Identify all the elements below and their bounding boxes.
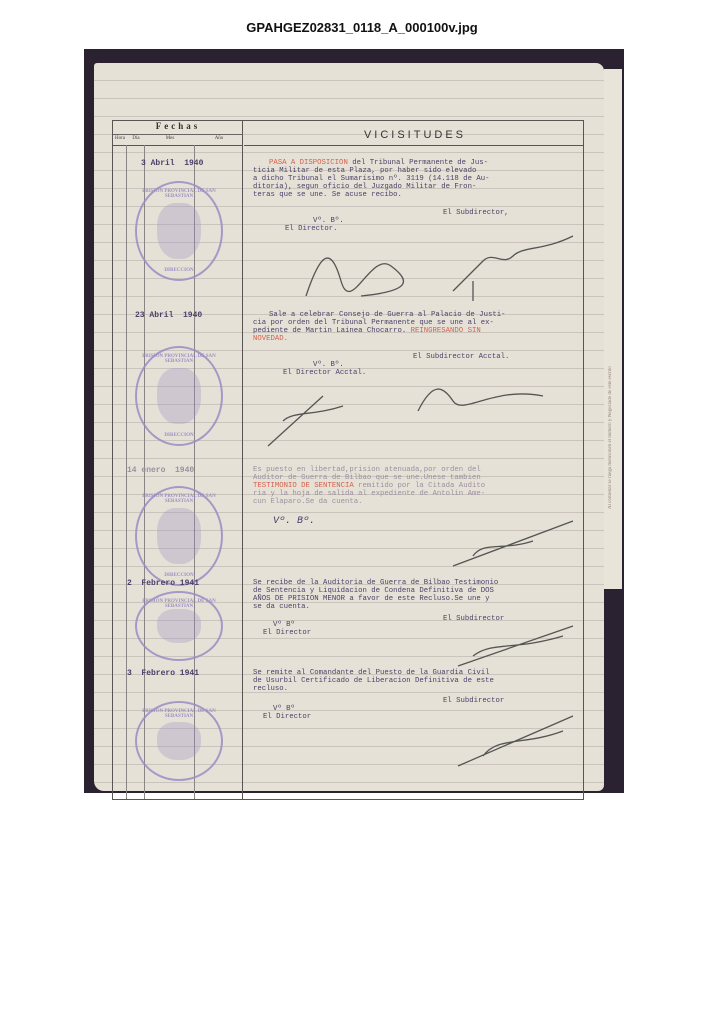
vicisitudes-table: Fechas Hora Día Mes Año VICISITUDES 3 Ab… <box>112 120 584 800</box>
entry-date: 2 Febrero 1941 <box>127 579 199 588</box>
director-label: El Director. <box>285 225 338 233</box>
body-text: Es puesto en libertad,prision atenuada,p… <box>253 466 481 482</box>
entry-text: Sale a celebrar Consejo de Guerra al Pal… <box>253 311 573 343</box>
vicisitudes-header: VICISITUDES <box>245 129 585 141</box>
stamp-text: PRISIÓN PROVINCIAL DE SAN SEBASTIAN <box>137 354 221 364</box>
fechas-header: Fechas <box>113 121 243 135</box>
director-signature-1 <box>301 241 421 306</box>
subdirector-label: El Subdirector Acctal. <box>413 353 509 361</box>
subdirector-label: El Subdirector <box>443 697 504 705</box>
file-title: GPAHGEZ02831_0118_A_000100v.jpg <box>0 20 724 35</box>
entry-text: PASA A DISPOSICION del Tribunal Permanen… <box>253 159 573 199</box>
prison-stamp-4: PRISIÓN PROVINCIAL DE SAN SEBASTIAN <box>135 591 223 661</box>
prison-stamp-3: PRISIÓN PROVINCIAL DE SAN SEBASTIAN DIRE… <box>135 486 223 586</box>
hora-column <box>113 145 127 799</box>
entry-text: Se recibe de la Auditoria de Guerra de B… <box>253 579 573 611</box>
coat-of-arms-icon <box>157 722 201 760</box>
entry-text: Se remite al Comandante del Puesto de la… <box>253 669 573 693</box>
director-label: El Director <box>263 629 311 637</box>
director-label: El Director Acctal. <box>283 369 366 377</box>
coat-of-arms-icon <box>157 203 201 259</box>
vb-label: Vº. Bº. <box>313 217 344 225</box>
entry-date: 3 Febrero 1941 <box>127 669 199 678</box>
stamp-text: PRISIÓN PROVINCIAL DE SAN SEBASTIAN <box>137 709 221 719</box>
coat-of-arms-icon <box>157 368 201 424</box>
vb-label: Vº. Bº. <box>273 516 315 527</box>
coat-of-arms-icon <box>157 508 201 564</box>
highlight-text: TESTIMONIO DE SENTENCIA <box>253 482 354 490</box>
stamp-subtext: DIRECCION <box>137 433 221 438</box>
subdirector-signature-3 <box>443 516 583 581</box>
subdirector-label: El Subdirector, <box>443 209 509 217</box>
subdirector-signature-5 <box>453 711 583 776</box>
entry-date: 3 Abril 1940 <box>141 159 203 168</box>
director-signature-2 <box>263 391 383 456</box>
ano-header: Año <box>195 136 243 146</box>
director-label: El Director <box>263 713 311 721</box>
entry-date: 23 Abril 1940 <box>135 311 202 320</box>
stamp-subtext: DIRECCION <box>137 573 221 578</box>
side-strip-text: Al contestar se ruega mencionen el númer… <box>608 209 618 509</box>
stamp-text: PRISIÓN PROVINCIAL DE SAN SEBASTIAN <box>137 494 221 504</box>
entry-text: Es puesto en libertad,prision atenuada,p… <box>253 466 573 506</box>
subdirector-signature-4 <box>453 621 583 676</box>
header-rule <box>244 145 584 146</box>
vb-label: Vº. Bº. <box>313 361 344 369</box>
coat-of-arms-icon <box>157 609 201 643</box>
vb-label: Vº Bº <box>273 705 295 713</box>
stamp-text: PRISIÓN PROVINCIAL DE SAN SEBASTIAN <box>137 599 221 609</box>
stamp-subtext: DIRECCION <box>137 268 221 273</box>
prison-stamp-2: PRISIÓN PROVINCIAL DE SAN SEBASTIAN DIRE… <box>135 346 223 446</box>
highlight-text: PASA A DISPOSICION <box>269 159 348 167</box>
vb-label: Vº Bº <box>273 621 295 629</box>
record-sheet: Fechas Hora Día Mes Año VICISITUDES 3 Ab… <box>94 63 604 791</box>
prison-stamp-5: PRISIÓN PROVINCIAL DE SAN SEBASTIAN <box>135 701 223 781</box>
prison-stamp-1: PRISIÓN PROVINCIAL DE SAN SEBASTIAN DIRE… <box>135 181 223 281</box>
scanned-document: Al contestar se ruega mencionen el númer… <box>84 49 624 793</box>
stamp-text: PRISIÓN PROVINCIAL DE SAN SEBASTIAN <box>137 189 221 199</box>
subdirector-signature-1 <box>443 231 583 306</box>
subdirector-signature-2 <box>413 376 553 421</box>
entry-date: 14 enero 1940 <box>127 466 194 475</box>
